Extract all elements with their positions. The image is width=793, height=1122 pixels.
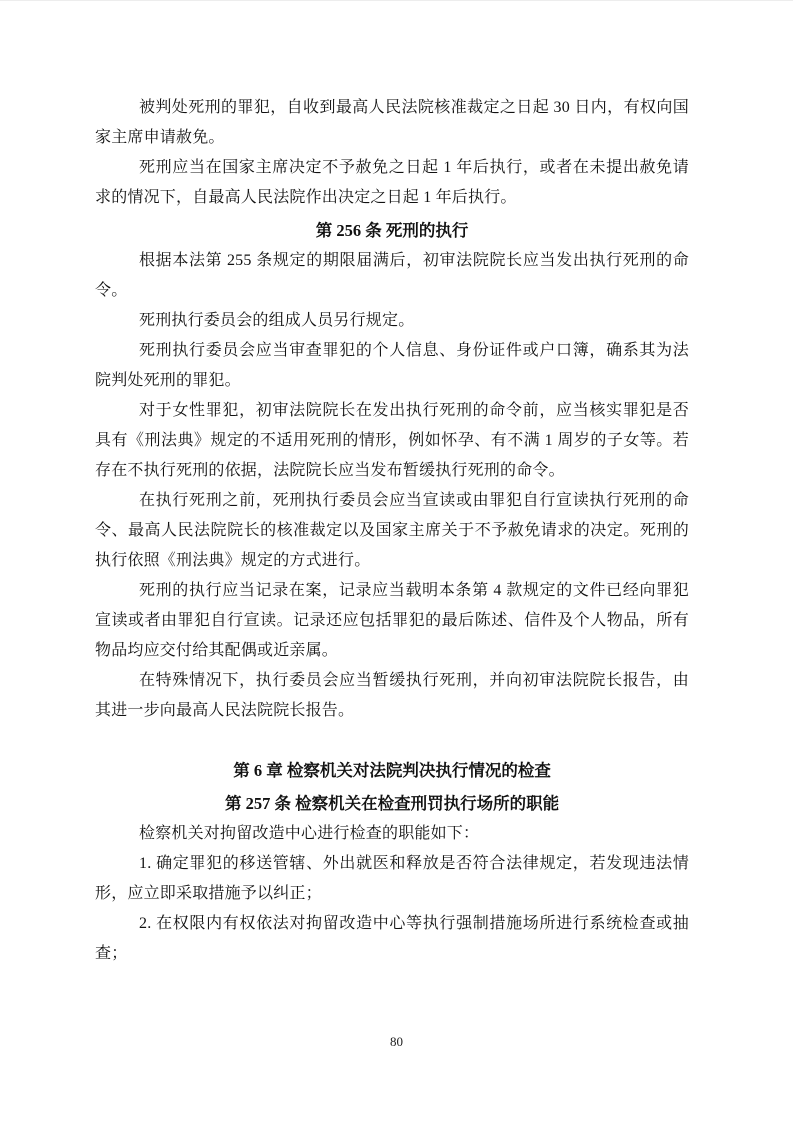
chapter-heading: 第 6 章 检察机关对法院判决执行情况的检查	[95, 756, 689, 786]
body-paragraph: 根据本法第 255 条规定的期限届满后，初审法院院长应当发出执行死刑的命令。	[95, 246, 689, 306]
article-heading: 第 256 条 死刑的执行	[95, 216, 689, 246]
body-paragraph: 死刑的执行应当记录在案，记录应当载明本条第 4 款规定的文件已经向罪犯宣读或者由…	[95, 576, 689, 666]
body-paragraph: 对于女性罪犯，初审法院院长在发出执行死刑的命令前，应当核实罪犯是否具有《刑法典》…	[95, 396, 689, 486]
body-paragraph: 死刑执行委员会的组成人员另行规定。	[95, 306, 689, 336]
body-paragraph: 在特殊情况下，执行委员会应当暂缓执行死刑，并向初审法院院长报告，由其进一步向最高…	[95, 666, 689, 726]
body-paragraph: 死刑执行委员会应当审查罪犯的个人信息、身份证件或户口簿，确系其为法院判处死刑的罪…	[95, 336, 689, 396]
page-number: 80	[0, 1035, 793, 1049]
document-page: 被判处死刑的罪犯，自收到最高人民法院核准裁定之日起 30 日内，有权向国家主席申…	[0, 0, 793, 1122]
body-paragraph: 在执行死刑之前，死刑执行委员会应当宣读或由罪犯自行宣读执行死刑的命令、最高人民法…	[95, 486, 689, 576]
document-body: 被判处死刑的罪犯，自收到最高人民法院核准裁定之日起 30 日内，有权向国家主席申…	[95, 93, 689, 969]
article-heading: 第 257 条 检察机关在检查刑罚执行场所的职能	[95, 789, 689, 819]
body-paragraph: 被判处死刑的罪犯，自收到最高人民法院核准裁定之日起 30 日内，有权向国家主席申…	[95, 93, 689, 153]
body-paragraph: 1. 确定罪犯的移送管辖、外出就医和释放是否符合法律规定，若发现违法情形，应立即…	[95, 849, 689, 909]
body-paragraph: 检察机关对拘留改造中心进行检查的职能如下：	[95, 819, 689, 849]
body-paragraph: 死刑应当在国家主席决定不予赦免之日起 1 年后执行，或者在未提出赦免请求的情况下…	[95, 153, 689, 213]
body-paragraph: 2. 在权限内有权依法对拘留改造中心等执行强制措施场所进行系统检查或抽查；	[95, 909, 689, 969]
